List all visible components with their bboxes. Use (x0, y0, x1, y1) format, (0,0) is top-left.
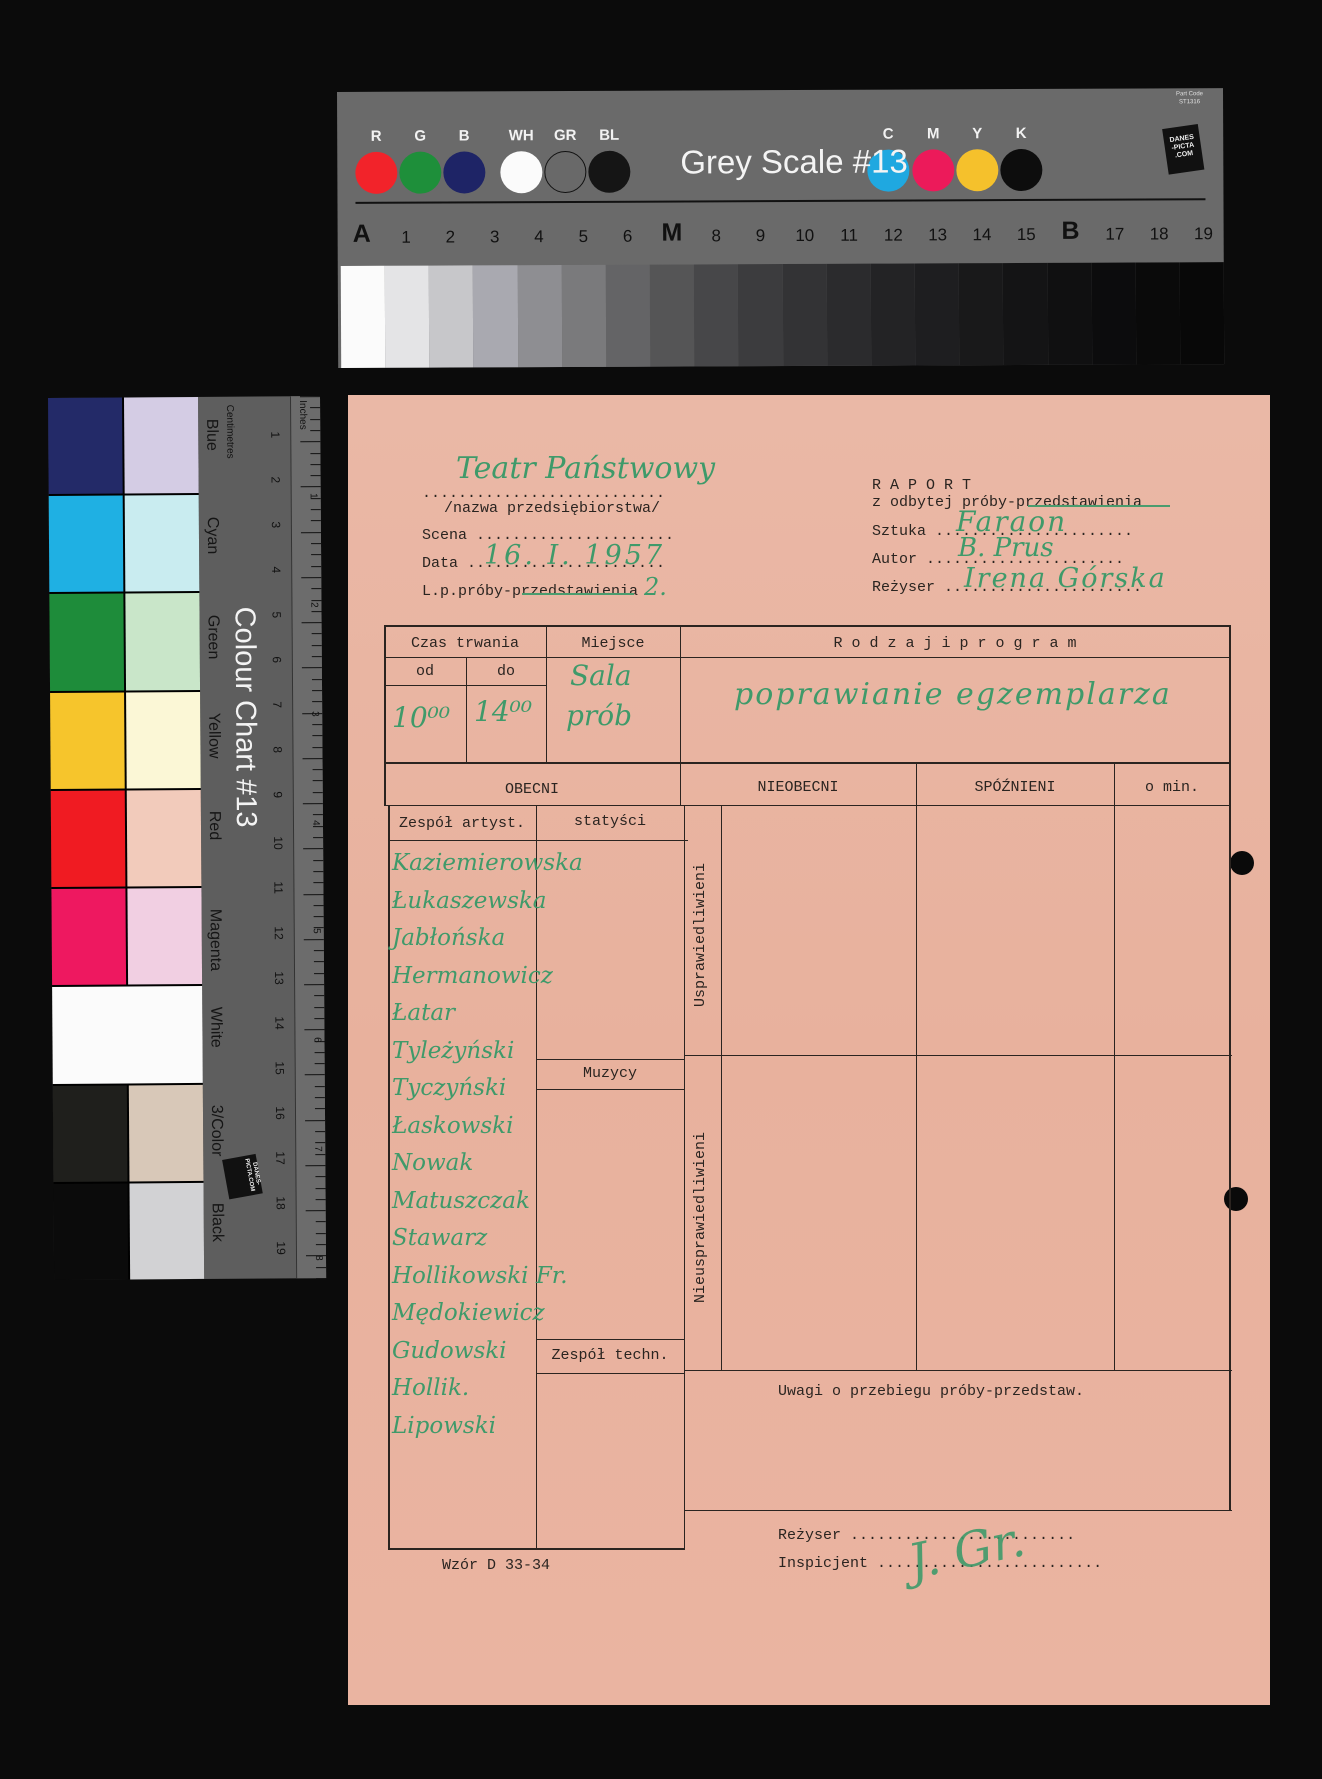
color-patch-bl (588, 151, 630, 193)
artist-name: Łukaszewska (392, 883, 582, 921)
swatch-row-black (53, 1183, 204, 1280)
artist-name: Lipowski (392, 1408, 582, 1446)
artist-name: Hollik. (392, 1370, 582, 1408)
step-label: 10 (785, 226, 825, 246)
step-label: 2 (430, 227, 470, 247)
step-label: 14 (962, 225, 1002, 245)
grey-steps (341, 262, 1224, 368)
enterprise-value: Teatr Państwowy (456, 451, 715, 486)
enterprise-caption: /nazwa przedsiębiorstwa/ (444, 500, 660, 517)
danes-picta-logo: DANES -PICTA .COM (1162, 124, 1204, 175)
grey-step (606, 265, 651, 367)
cm-number: 8 (270, 746, 284, 753)
swatch-row-3-color (53, 1084, 204, 1181)
ruler: Inches 12345678 (290, 396, 326, 1278)
extras-header: statyści (536, 813, 684, 830)
patch-label: B (442, 127, 486, 144)
program-value: poprawianie egzemplarza (734, 677, 1172, 712)
grey-step (385, 266, 430, 368)
swatch-name: Magenta (206, 909, 224, 971)
patch-label: GR (543, 127, 587, 144)
step-label: 12 (873, 225, 913, 245)
inches-label: Inches (297, 400, 308, 430)
cm-number: 13 (272, 971, 286, 984)
inch-number: 4 (310, 820, 321, 826)
punch-hole (1230, 851, 1254, 875)
color-patch-wh (500, 151, 542, 193)
grey-step (341, 266, 386, 368)
colour-chart-card: BlueCyanGreenYellowRedMagentaWhite3/Colo… (48, 396, 326, 1280)
step-label: B (1050, 217, 1090, 246)
report-title: R A P O R T (872, 477, 971, 494)
date-value: 16. I. 1957 (484, 540, 665, 571)
rehearsal-number-field: L.p.próby-przedstawienia (422, 583, 638, 600)
absent-header: NIEOBECNI (680, 779, 916, 796)
inch-number: 8 (313, 1255, 324, 1261)
duration-header: Czas trwania (384, 635, 546, 652)
grey-step (517, 265, 562, 367)
inch-number: 2 (308, 602, 319, 608)
artist-name: Nowak (392, 1145, 582, 1183)
grey-step (694, 264, 739, 366)
artist-name: Łaskowski (392, 1108, 582, 1146)
inch-number: 6 (311, 1037, 322, 1043)
cm-number: 14 (272, 1016, 286, 1029)
cm-number: 10 (271, 836, 285, 849)
step-label: 5 (563, 227, 603, 247)
swatch-name: Green (204, 615, 222, 660)
director-value: Irena Górska (964, 563, 1167, 594)
swatch-name: Red (205, 811, 223, 840)
artist-name: Hollikowski Fr. (392, 1258, 582, 1296)
color-patch-row: RGBWHGRBLCMYK (337, 88, 1223, 92)
cm-number: 2 (269, 476, 283, 483)
artists-header: Zespół artyst. (388, 815, 536, 832)
step-label: 1 (386, 228, 426, 248)
artist-name: Łatar (392, 995, 582, 1033)
artist-name: Jabłońska (392, 920, 582, 958)
swatch-name: White (206, 1007, 224, 1048)
artist-name: Tyczyński (392, 1070, 582, 1108)
cm-number: 3 (269, 521, 283, 528)
cm-number: 15 (273, 1061, 287, 1074)
artist-name: Stawarz (392, 1220, 582, 1258)
step-label: 19 (1183, 224, 1223, 244)
grey-step (959, 263, 1004, 365)
artist-name: Matuszczak (392, 1183, 582, 1221)
color-patch-g (399, 152, 441, 194)
step-label: 9 (740, 226, 780, 246)
grey-scale-title: Grey Scale #13 (680, 143, 908, 182)
step-label: 4 (519, 227, 559, 247)
cm-number: 17 (273, 1151, 287, 1164)
patch-label: R (354, 128, 398, 145)
unexcused-label: Nieusprawiedliwieni (692, 1095, 709, 1340)
swatch-name: Cyan (203, 517, 221, 554)
inch-number: 5 (311, 929, 322, 935)
strikethrough (522, 593, 634, 595)
color-patch-k (1000, 149, 1042, 191)
grey-step (782, 264, 827, 366)
grey-step (1180, 262, 1225, 364)
place-value-line2: prób (566, 699, 632, 732)
inch-number: 1 (308, 493, 319, 499)
grey-step (1136, 262, 1181, 364)
step-label: 6 (608, 227, 648, 247)
centimetres-label: Centimetres (224, 405, 235, 459)
patch-label: Y (955, 125, 999, 142)
step-label: 18 (1139, 224, 1179, 244)
grey-step (871, 263, 916, 365)
cm-number: 7 (270, 701, 284, 708)
step-label: M (652, 218, 692, 247)
color-patch-r (355, 152, 397, 194)
step-label: 3 (475, 227, 515, 247)
signature: J. Gr. (903, 1511, 1029, 1590)
to-header: do (466, 663, 546, 680)
grey-step (1047, 263, 1092, 365)
remarks-label: Uwagi o przebiegu próby-przedstaw. (778, 1383, 1084, 1400)
cm-number: 11 (271, 881, 285, 894)
patch-label: BL (587, 127, 631, 144)
present-header: OBECNI (384, 781, 680, 798)
color-patch-m (912, 149, 954, 191)
excused-label: Usprawiedliwieni (692, 835, 709, 1035)
swatch-name: Black (208, 1203, 226, 1242)
swatch-names: BlueCyanGreenYellowRedMagentaWhite3/Colo… (198, 397, 244, 1279)
swatch-name: 3/Color (207, 1105, 225, 1157)
artist-name: Mędokiewicz (392, 1295, 582, 1333)
swatch-row-magenta (51, 888, 202, 985)
artist-name: Tyleżyński (392, 1033, 582, 1071)
swatch-row-yellow (50, 692, 201, 789)
artist-name: Kaziemierowska (392, 845, 582, 883)
artist-name: Gudowski (392, 1333, 582, 1371)
swatch-row-white (52, 986, 203, 1083)
cm-number: 5 (269, 611, 283, 618)
grey-step (1091, 263, 1136, 365)
cm-number: 9 (271, 791, 285, 798)
color-patch-gr (544, 151, 586, 193)
grey-step (650, 264, 695, 366)
patch-label: G (398, 128, 442, 145)
step-label: 17 (1095, 225, 1135, 245)
patch-label: WH (499, 127, 543, 144)
patch-label: C (866, 125, 910, 142)
step-labels: A123456M89101112131415B171819 (338, 216, 1224, 250)
divider-rule (355, 198, 1205, 204)
color-patch-y (956, 149, 998, 191)
swatch-row-green (49, 593, 200, 690)
grey-step (1003, 263, 1048, 365)
rehearsal-report-form: ........................... Teatr Państw… (348, 395, 1270, 1705)
cm-number: 16 (273, 1106, 287, 1119)
inch-number: 7 (312, 1146, 323, 1152)
cm-number: 1 (268, 431, 282, 438)
swatch-name: Yellow (204, 713, 222, 759)
rehearsal-number-value: 2. (644, 573, 667, 601)
swatch-name: Blue (202, 419, 220, 451)
step-label: 8 (696, 226, 736, 246)
place-value-line1: Sala (570, 659, 632, 692)
place-header: Miejsce (546, 635, 680, 652)
patch-label: K (999, 125, 1043, 142)
cm-number: 6 (270, 656, 284, 663)
artist-name: Hermanowicz (392, 958, 582, 996)
cm-number: 18 (274, 1196, 288, 1209)
grey-step (429, 265, 474, 367)
grey-step (915, 263, 960, 365)
punch-hole (1224, 1187, 1248, 1211)
late-header: SPÓŹNIENI (916, 779, 1114, 796)
step-label: 13 (918, 225, 958, 245)
step-label: A (342, 220, 382, 249)
step-label: 11 (829, 226, 869, 246)
cm-number: 19 (274, 1241, 288, 1254)
from-header: od (384, 663, 466, 680)
patch-label: M (911, 125, 955, 142)
from-value: 10⁰⁰ (392, 701, 450, 734)
form-code: Wzór D 33-34 (442, 1557, 550, 1574)
step-label: 15 (1006, 225, 1046, 245)
cm-number: 4 (269, 566, 283, 573)
inch-number: 3 (309, 711, 320, 717)
colour-chart-title: Colour Chart #13 (227, 607, 262, 828)
cm-number: 12 (272, 926, 286, 939)
swatch-row-cyan (49, 495, 200, 592)
color-patch-b (443, 151, 485, 193)
program-header: R o d z a j i p r o g r a m (680, 635, 1230, 652)
author-value: B. Prus (958, 533, 1054, 563)
swatch-row-blue (48, 397, 199, 494)
danes-picta-logo: DANES-PICTA.COM (222, 1154, 263, 1199)
artists-list: KaziemierowskaŁukaszewskaJabłońskaHerman… (392, 845, 582, 1445)
swatch-row-red (51, 790, 202, 887)
to-value: 14⁰⁰ (474, 695, 532, 728)
grey-step (473, 265, 518, 367)
grey-step (738, 264, 783, 366)
swatch-grid (48, 397, 204, 1280)
grey-step (826, 264, 871, 366)
part-code: Part Code ST1316 (1176, 90, 1203, 106)
grey-step (562, 265, 607, 367)
minutes-header: o min. (1114, 779, 1230, 796)
grey-scale-card: RGBWHGRBLCMYK Grey Scale #13 Part Code S… (337, 88, 1224, 368)
